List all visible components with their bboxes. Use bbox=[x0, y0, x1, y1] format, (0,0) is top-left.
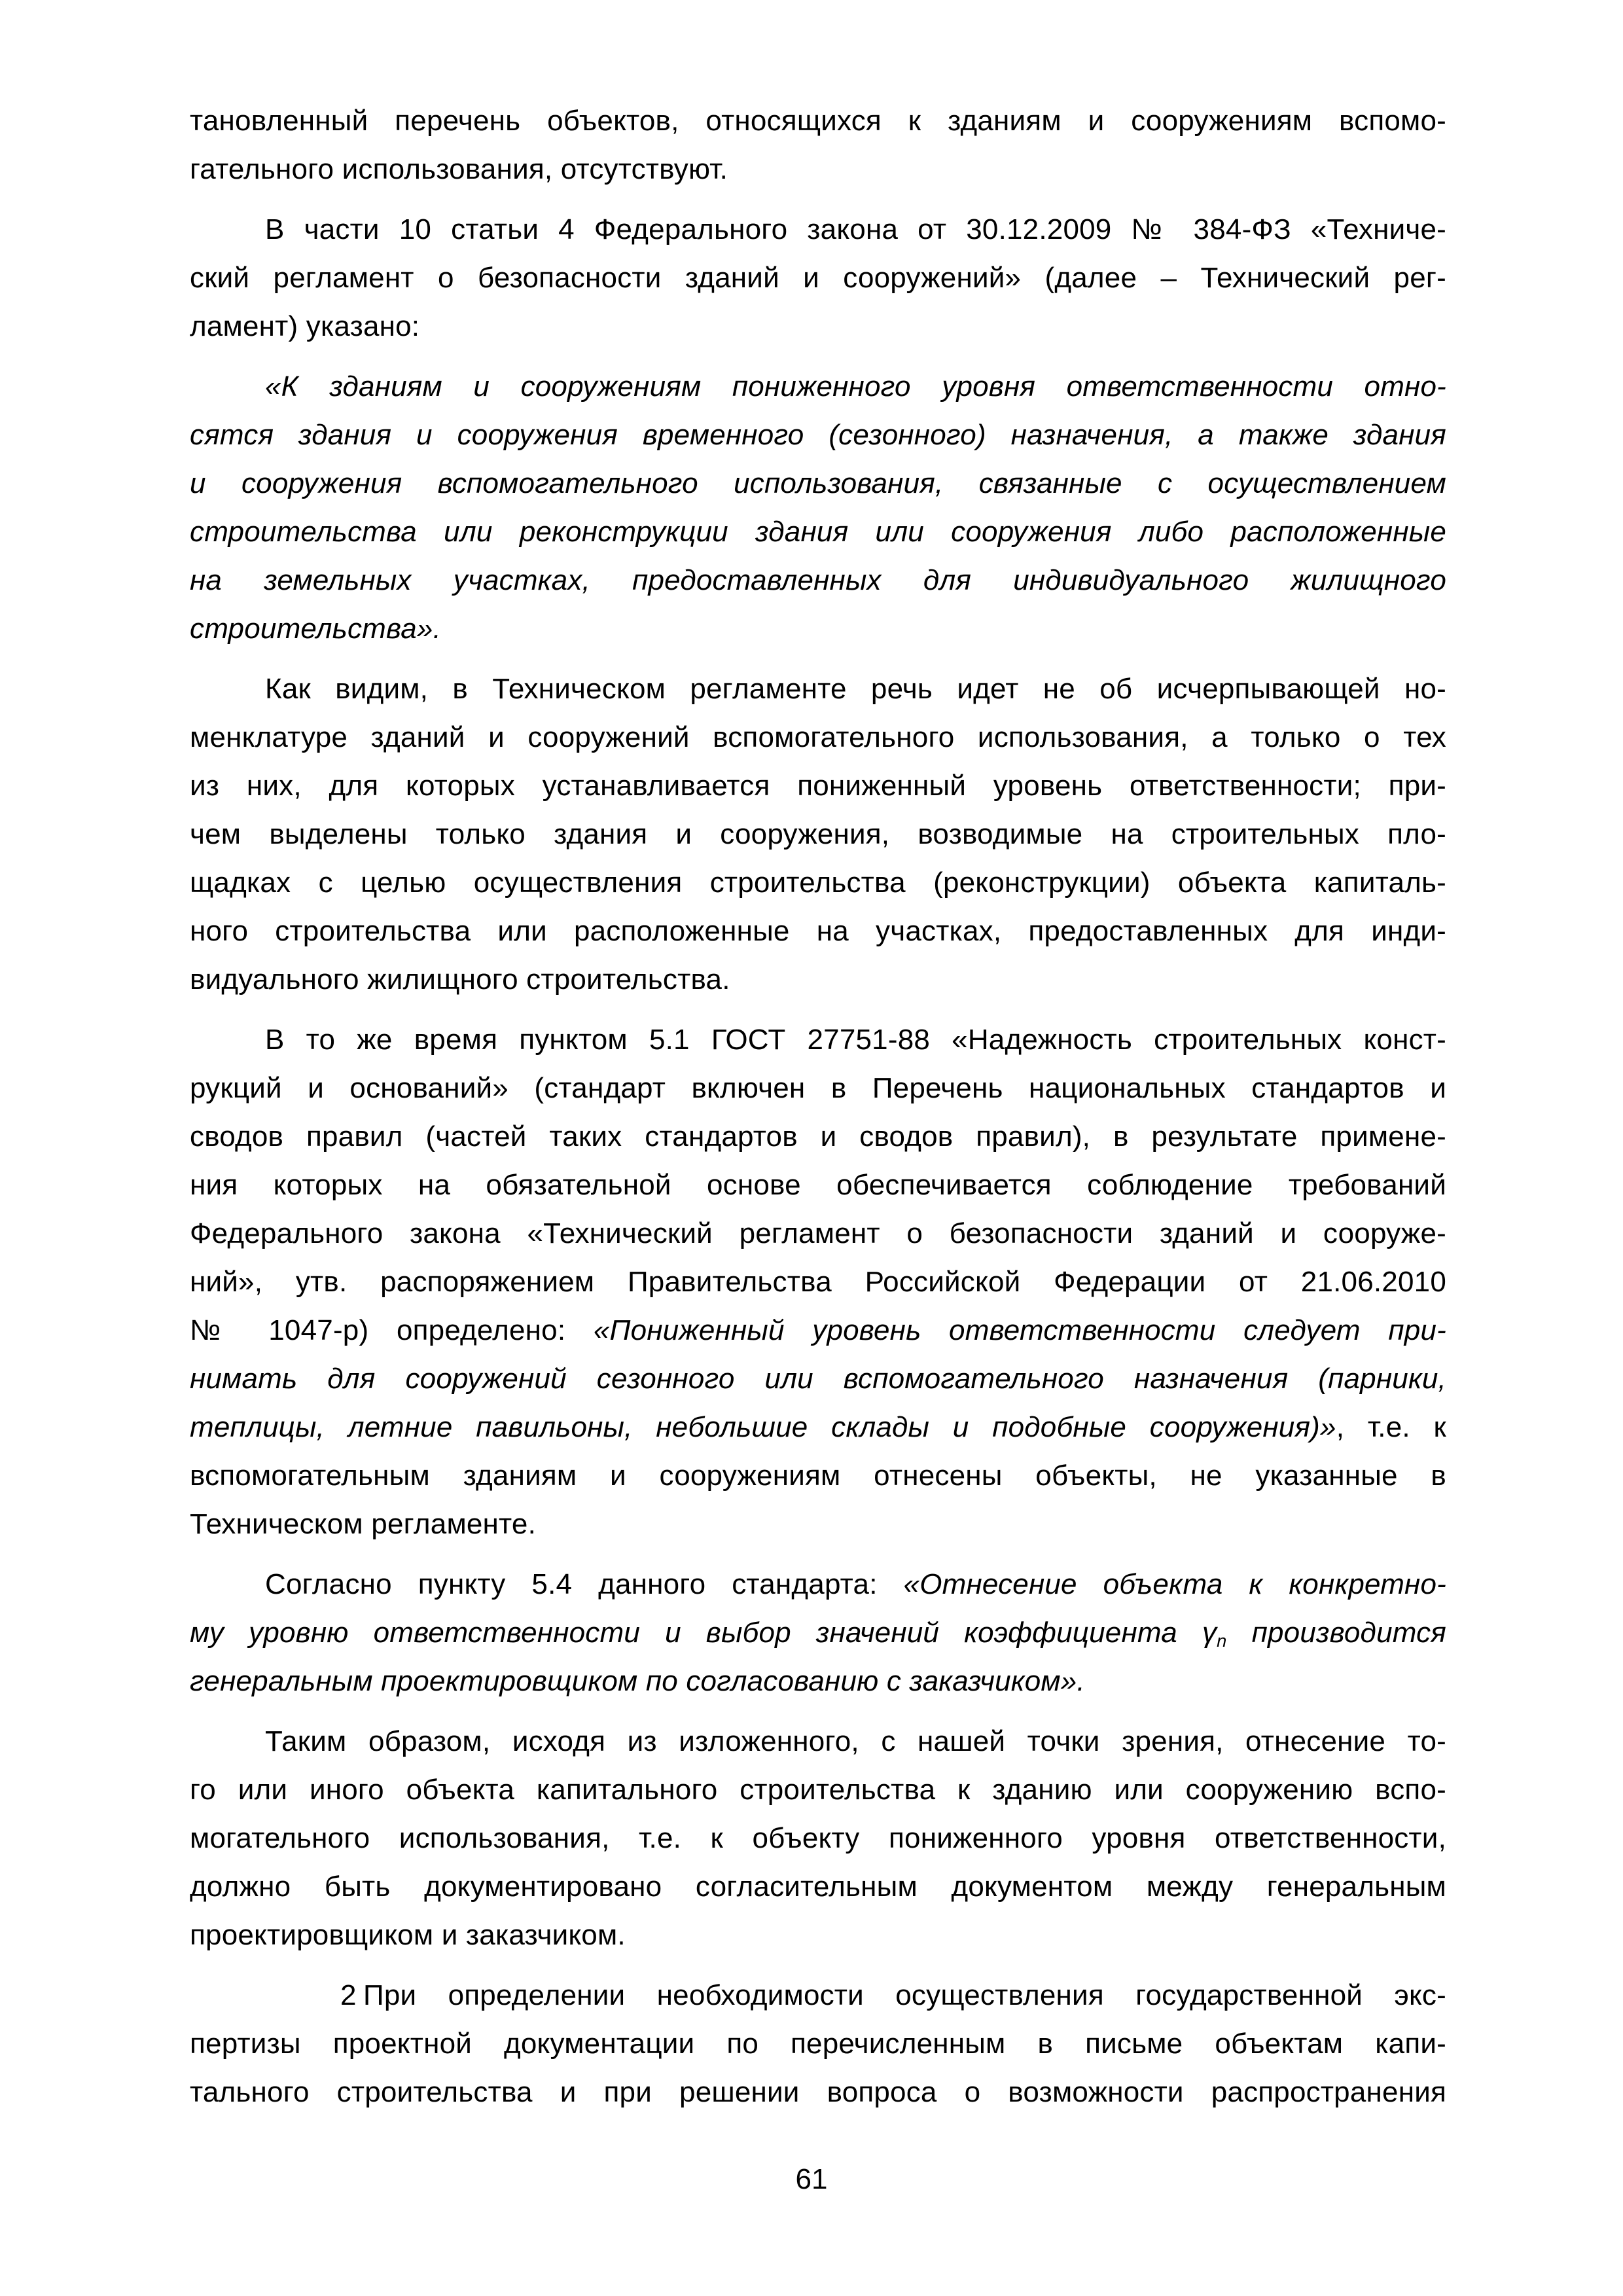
text-line: 2При определении необходимости осуществл… bbox=[190, 1971, 1446, 2020]
text-run: «Пониженный уровень ответственности след… bbox=[594, 1314, 1446, 1346]
text-run: сводов правил (частей таких стандартов и… bbox=[190, 1121, 1446, 1153]
text-line: ний», утв. распоряжением Правительства Р… bbox=[190, 1258, 1446, 1306]
text-run: В части 10 статьи 4 Федерального закона … bbox=[265, 213, 1446, 245]
text-run: могательного использования, т.е. к объек… bbox=[190, 1822, 1446, 1854]
text-line: В части 10 статьи 4 Федерального закона … bbox=[190, 206, 1446, 254]
text-run: ния которых на обязательной основе обесп… bbox=[190, 1169, 1446, 1201]
text-line: на земельных участках, предоставленных д… bbox=[190, 556, 1446, 605]
text-line: вспомогательным зданиям и сооружениям от… bbox=[190, 1452, 1446, 1500]
text-line: Техническом регламенте. bbox=[190, 1500, 1446, 1549]
text-line: Федерального закона «Технический регламе… bbox=[190, 1210, 1446, 1258]
text-line: и сооружения вспомогательного использова… bbox=[190, 459, 1446, 508]
text-run: из них, для которых устанавливается пони… bbox=[190, 770, 1446, 802]
text-run: гательного использования, отсутствуют. bbox=[190, 153, 728, 185]
page-number: 61 bbox=[0, 2163, 1623, 2196]
text-line: из них, для которых устанавливается пони… bbox=[190, 762, 1446, 810]
text-run: ний», утв. распоряжением Правительства Р… bbox=[190, 1266, 1446, 1298]
text-line: рукций и оснований» (стандарт включен в … bbox=[190, 1064, 1446, 1113]
text-line: строительства или реконструкции здания и… bbox=[190, 508, 1446, 556]
text-run: и сооружения вспомогательного использова… bbox=[190, 467, 1446, 499]
text-line: му уровню ответственности и выбор значен… bbox=[190, 1609, 1446, 1657]
text-run: ного строительства или расположенные на … bbox=[190, 915, 1446, 947]
text-run: производится bbox=[1227, 1617, 1446, 1649]
text-run: тального строительства и при решении воп… bbox=[190, 2076, 1446, 2108]
text-line: ного строительства или расположенные на … bbox=[190, 907, 1446, 956]
text-run: Таким образом, исходя из изложенного, с … bbox=[265, 1725, 1446, 1757]
text-line: гательного использования, отсутствуют. bbox=[190, 145, 1446, 194]
text-run: проектировщиком и заказчиком. bbox=[190, 1919, 626, 1951]
text-line: тального строительства и при решении воп… bbox=[190, 2068, 1446, 2117]
text-line: должно быть документировано согласительн… bbox=[190, 1863, 1446, 1911]
text-line: нимать для сооружений сезонного или вспо… bbox=[190, 1355, 1446, 1403]
text-line: Согласно пункту 5.4 данного стандарта: «… bbox=[190, 1560, 1446, 1609]
text-line: Таким образом, исходя из изложенного, с … bbox=[190, 1717, 1446, 1766]
text-run: № 1047-р) определено: bbox=[190, 1314, 594, 1346]
document-page: тановленный перечень объектов, относящих… bbox=[0, 0, 1623, 2296]
text-run: , т.е. к bbox=[1336, 1411, 1446, 1443]
text-run: нимать для сооружений сезонного или вспо… bbox=[190, 1363, 1446, 1395]
paragraph: В то же время пунктом 5.1 ГОСТ 27751-88 … bbox=[190, 1016, 1446, 1549]
text-run: пертизы проектной документации по перечи… bbox=[190, 2028, 1446, 2060]
text-run: го или иного объекта капитального строит… bbox=[190, 1774, 1446, 1806]
text-line: сводов правил (частей таких стандартов и… bbox=[190, 1113, 1446, 1161]
text-line: видуального жилищного строительства. bbox=[190, 956, 1446, 1004]
list-item-number: 2 bbox=[265, 1971, 363, 2020]
text-line: сятся здания и сооружения временного (се… bbox=[190, 411, 1446, 459]
text-line: пертизы проектной документации по перечи… bbox=[190, 2020, 1446, 2068]
text-run: вспомогательным зданиям и сооружениям от… bbox=[190, 1460, 1446, 1492]
paragraph: 2При определении необходимости осуществл… bbox=[190, 1971, 1446, 2117]
text-run: му уровню ответственности и выбор значен… bbox=[190, 1617, 1202, 1649]
text-run: теплицы, летние павильоны, небольшие скл… bbox=[190, 1411, 1336, 1443]
text-run: γ bbox=[1202, 1617, 1217, 1649]
text-line: № 1047-р) определено: «Пониженный уровен… bbox=[190, 1306, 1446, 1355]
text-line: теплицы, летние павильоны, небольшие скл… bbox=[190, 1403, 1446, 1452]
text-run: ский регламент о безопасности зданий и с… bbox=[190, 262, 1446, 294]
text-line: Как видим, в Техническом регламенте речь… bbox=[190, 665, 1446, 713]
text-line: строительства». bbox=[190, 605, 1446, 653]
document-text: тановленный перечень объектов, относящих… bbox=[190, 97, 1446, 2117]
paragraph: В части 10 статьи 4 Федерального закона … bbox=[190, 206, 1446, 351]
text-run: n bbox=[1217, 1630, 1226, 1651]
text-line: менклатуре зданий и сооружений вспомогат… bbox=[190, 713, 1446, 762]
text-line: ния которых на обязательной основе обесп… bbox=[190, 1161, 1446, 1210]
text-run: на земельных участках, предоставленных д… bbox=[190, 564, 1446, 596]
text-run: «Отнесение объекта к конкретно- bbox=[904, 1568, 1446, 1600]
text-run: ламент) указано: bbox=[190, 310, 419, 342]
text-line: В то же время пунктом 5.1 ГОСТ 27751-88 … bbox=[190, 1016, 1446, 1064]
text-run: чем выделены только здания и сооружения,… bbox=[190, 818, 1446, 850]
text-run: тановленный перечень объектов, относящих… bbox=[190, 105, 1446, 137]
text-run: менклатуре зданий и сооружений вспомогат… bbox=[190, 721, 1446, 753]
text-run: Федерального закона «Технический регламе… bbox=[190, 1217, 1446, 1249]
text-line: ламент) указано: bbox=[190, 302, 1446, 351]
text-line: проектировщиком и заказчиком. bbox=[190, 1911, 1446, 1960]
text-run: сятся здания и сооружения временного (се… bbox=[190, 419, 1446, 451]
text-run: В то же время пунктом 5.1 ГОСТ 27751-88 … bbox=[265, 1024, 1446, 1056]
text-run: генеральным проектировщиком по согласова… bbox=[190, 1665, 1085, 1697]
paragraph: Как видим, в Техническом регламенте речь… bbox=[190, 665, 1446, 1004]
text-run: строительства». bbox=[190, 613, 441, 645]
text-run: щадках с целью осуществления строительст… bbox=[190, 867, 1446, 899]
text-line: генеральным проектировщиком по согласова… bbox=[190, 1657, 1446, 1706]
text-run: строительства или реконструкции здания и… bbox=[190, 516, 1446, 548]
paragraph: Согласно пункту 5.4 данного стандарта: «… bbox=[190, 1560, 1446, 1706]
text-run: Техническом регламенте. bbox=[190, 1508, 536, 1540]
text-line: чем выделены только здания и сооружения,… bbox=[190, 810, 1446, 859]
text-line: ский регламент о безопасности зданий и с… bbox=[190, 254, 1446, 302]
text-line: го или иного объекта капитального строит… bbox=[190, 1766, 1446, 1814]
text-run: При определении необходимости осуществле… bbox=[363, 1979, 1446, 2011]
text-run: видуального жилищного строительства. bbox=[190, 963, 730, 996]
text-run: Как видим, в Техническом регламенте речь… bbox=[265, 673, 1446, 705]
text-run: должно быть документировано согласительн… bbox=[190, 1871, 1446, 1903]
paragraph: «К зданиям и сооружениям пониженного уро… bbox=[190, 363, 1446, 653]
paragraph: тановленный перечень объектов, относящих… bbox=[190, 97, 1446, 194]
text-line: «К зданиям и сооружениям пониженного уро… bbox=[190, 363, 1446, 411]
text-run: «К зданиям и сооружениям пониженного уро… bbox=[265, 370, 1446, 403]
text-run: рукций и оснований» (стандарт включен в … bbox=[190, 1072, 1446, 1104]
text-line: щадках с целью осуществления строительст… bbox=[190, 859, 1446, 907]
text-line: могательного использования, т.е. к объек… bbox=[190, 1814, 1446, 1863]
text-run: Согласно пункту 5.4 данного стандарта: bbox=[265, 1568, 904, 1600]
paragraph: Таким образом, исходя из изложенного, с … bbox=[190, 1717, 1446, 1960]
text-line: тановленный перечень объектов, относящих… bbox=[190, 97, 1446, 145]
